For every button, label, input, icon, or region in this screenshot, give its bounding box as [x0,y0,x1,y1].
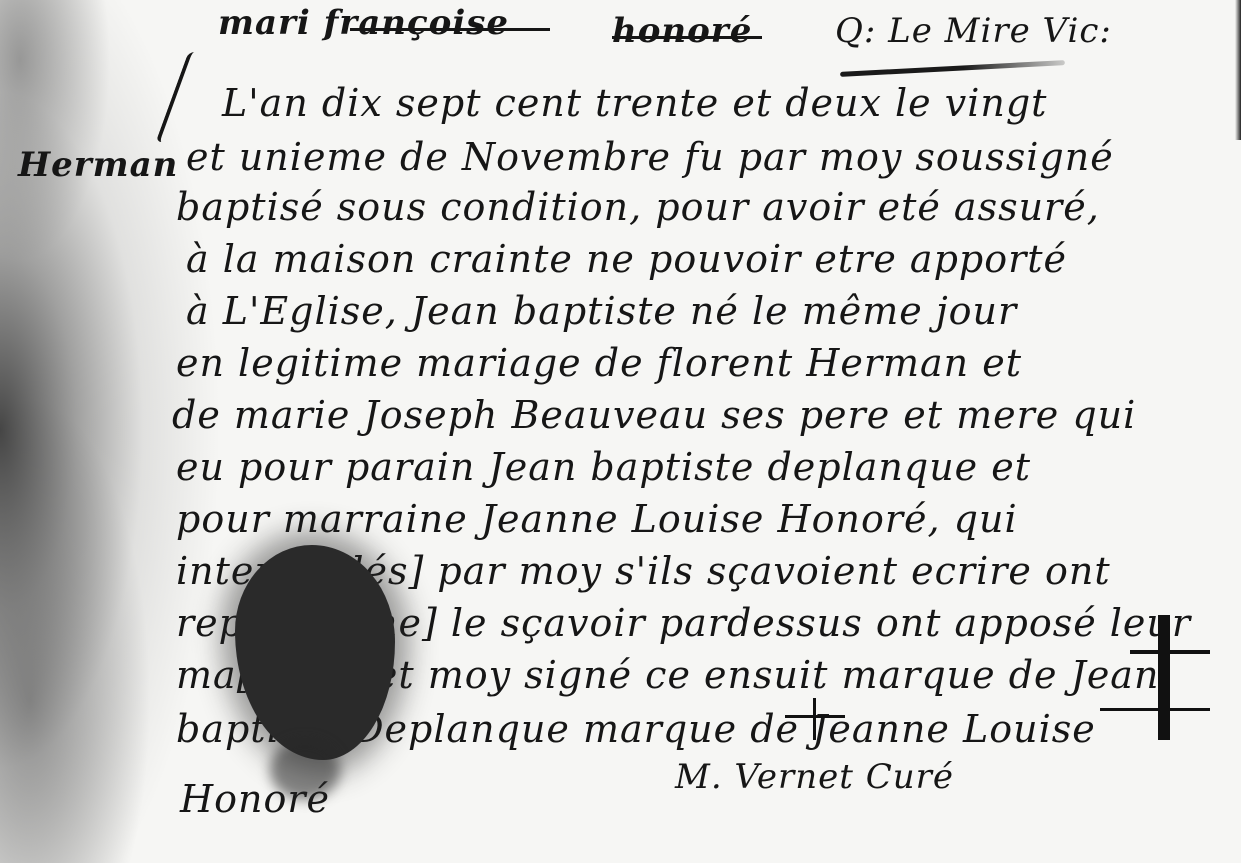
separator-stroke [840,60,1065,77]
entry-bracket [156,52,223,142]
manuscript-page: mari françoise honoré Q: Le Mire Vic: He… [0,0,1241,863]
ink-blot-smear [270,740,340,800]
body-line-4: à la maison crainte ne pouvoir etre appo… [186,240,1067,278]
page-edge-shadow [1235,0,1241,140]
body-line-5: à L'Eglise, Jean baptiste né le même jou… [186,292,1017,330]
body-line-1: L'an dix sept cent trente et deux le vin… [222,84,1047,122]
header-left-struck: mari françoise [218,6,509,40]
body-line-2: et unieme de Novembre fu par moy soussig… [186,138,1114,176]
strike-line [612,36,762,39]
body-line-9: pour marraine Jeanne Louise Honoré, qui [176,500,1018,538]
body-line-3: baptisé sous condition, pour avoir eté a… [176,188,1100,226]
body-line-7: de marie Joseph Beauveau ses pere et mer… [172,396,1136,434]
header-right: Q: Le Mire Vic: [835,14,1112,48]
body-line-6: en legitime mariage de florent Herman et [176,344,1022,382]
body-line-8: eu pour parain Jean baptiste deplanque e… [176,448,1031,486]
strike-line [350,28,550,31]
margin-name: Herman [18,148,178,182]
godmother-cross-mark [785,690,845,750]
header-middle-struck: honoré [612,14,752,48]
priest-signature: M. Vernet Curé [675,760,954,794]
third-cross-mark [1100,690,1210,730]
